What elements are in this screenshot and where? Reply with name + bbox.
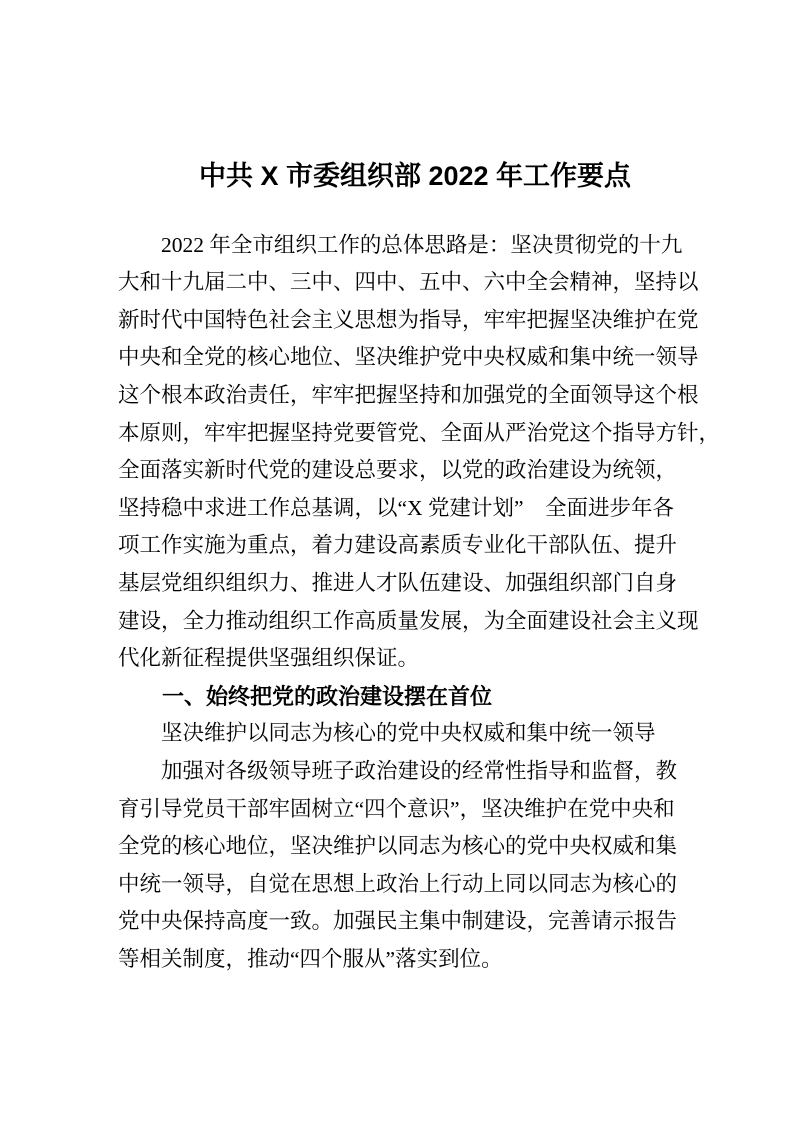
text-line: 大和十九届二中、三中、四中、五中、六中全会精神，坚持以: [118, 264, 712, 302]
text-line: 坚决维护以同志为核心的党中央权威和集中统一领导: [118, 715, 712, 753]
text-line: 基层党组织组织力、推进人才队伍建设、加强组织部门自身: [118, 565, 712, 603]
document-title: 中共 X 市委组织部 2022 年工作要点: [118, 158, 712, 196]
text-line: 这个根本政治责任，牢牢把握坚持和加强党的全面领导这个根: [118, 377, 712, 415]
text-line: 新时代中国特色社会主义思想为指导，牢牢把握坚决维护在党: [118, 302, 712, 340]
text-line: 全面落实新时代党的建设总要求，以党的政治建设为统领，: [118, 452, 712, 490]
text-line: 2022 年全市组织工作的总体思路是：坚决贯彻党的十九: [118, 227, 712, 265]
text-line: 代化新征程提供坚强组织保证。: [118, 640, 712, 678]
text-line: 坚持稳中求进工作总基调，以“X 党建计划” 全面进步年各: [118, 490, 712, 528]
text-line: 本原则，牢牢把握坚持党要管党、全面从严治党这个指导方针，: [118, 415, 712, 453]
text-line: 党中央保持高度一致。加强民主集中制建设，完善请示报告: [118, 903, 712, 941]
document-page: 中共 X 市委组织部 2022 年工作要点 2022 年全市组织工作的总体思路是…: [0, 0, 794, 1122]
section-heading: 一、始终把党的政治建设摆在首位: [118, 678, 712, 716]
text-line: 育引导党员干部牢固树立“四个意识”，坚决维护在党中央和: [118, 791, 712, 829]
text-line: 中央和全党的核心地位、坚决维护党中央权威和集中统一领导: [118, 339, 712, 377]
text-line: 加强对各级领导班子政治建设的经常性指导和监督，教: [118, 753, 712, 791]
text-line: 中统一领导，自觉在思想上政治上行动上同以同志为核心的: [118, 866, 712, 904]
document-body: 2022 年全市组织工作的总体思路是：坚决贯彻党的十九大和十九届二中、三中、四中…: [118, 227, 712, 979]
text-line: 全党的核心地位，坚决维护以同志为核心的党中央权威和集: [118, 828, 712, 866]
text-line: 建设，全力推动组织工作高质量发展，为全面建设社会主义现: [118, 603, 712, 641]
document-content: 中共 X 市委组织部 2022 年工作要点 2022 年全市组织工作的总体思路是…: [118, 158, 712, 978]
text-line: 等相关制度，推动“四个服从”落实到位。: [118, 941, 712, 979]
text-line: 项工作实施为重点，着力建设高素质专业化干部队伍、提升: [118, 527, 712, 565]
